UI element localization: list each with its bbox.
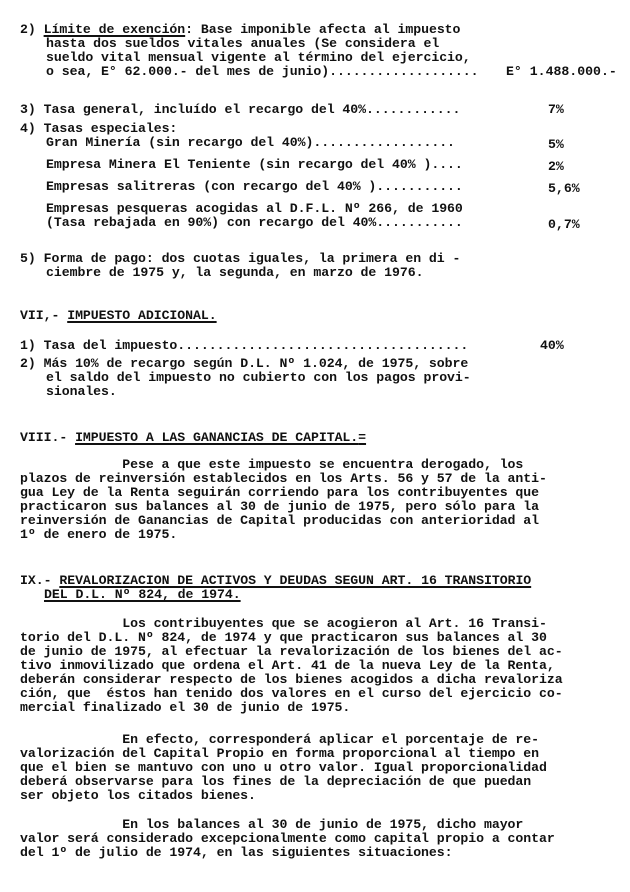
section-ix-p1-line-4: tivo inmovilizado que ordena el Art. 41 … bbox=[20, 659, 555, 673]
item-3: 3) Tasa general, incluído el recargo del… bbox=[20, 103, 460, 117]
item-2-line-4: o sea, E° 62.000.- del mes de junio)....… bbox=[46, 65, 479, 79]
section-ix-p1-line-6: ción, que éstos han tenido dos valores e… bbox=[20, 687, 563, 701]
section-ix-p1-line-3: de junio de 1975, al efectuar la revalor… bbox=[20, 645, 563, 659]
section-ix-heading-line-1: IX.- REVALORIZACION DE ACTIVOS Y DEUDAS … bbox=[20, 574, 531, 588]
item-2-label: Límite de exención bbox=[44, 22, 186, 37]
section-viii-heading: VIII.- IMPUESTO A LAS GANANCIAS DE CAPIT… bbox=[20, 431, 366, 445]
rate-value-el-teniente: 2% bbox=[548, 160, 564, 174]
item-2-value: E° 1.488.000.- bbox=[506, 65, 617, 79]
section-vii-item-1: 1) Tasa del impuesto....................… bbox=[20, 339, 468, 353]
section-vii-heading: VII,- IMPUESTO ADICIONAL. bbox=[20, 309, 217, 323]
rate-row-salitreras: Empresas salitreras (con recargo del 40%… bbox=[46, 180, 463, 194]
section-viii-para-line-2: plazos de reinversión establecidos en lo… bbox=[20, 472, 547, 486]
section-ix-title-1: REVALORIZACION DE ACTIVOS Y DEUDAS SEGUN… bbox=[59, 573, 531, 588]
section-ix-p3-line-2: valor será considerado excepcionalmente … bbox=[20, 832, 555, 846]
section-viii-para-line-3: gua Ley de la Renta seguirán corriendo p… bbox=[20, 486, 539, 500]
section-ix-p1-line-7: mercial finalizado el 30 de junio de 197… bbox=[20, 701, 350, 715]
rate-value-pesqueras: 0,7% bbox=[548, 218, 580, 232]
section-ix-p1-line-1: Los contribuyentes que se acogieron al A… bbox=[20, 617, 547, 631]
section-ix-p3-line-3: del 1º de julio de 1974, en las siguient… bbox=[20, 846, 453, 860]
item-2-line-3: sueldo vital mensual vigente al término … bbox=[46, 51, 471, 65]
section-viii-para-line-1: Pese a que este impuesto se encuentra de… bbox=[20, 458, 523, 472]
section-viii-para-line-6: 1º de enero de 1975. bbox=[20, 528, 177, 542]
item-5-line-1: 5) Forma de pago: dos cuotas iguales, la… bbox=[20, 252, 460, 266]
section-vii-title: IMPUESTO ADICIONAL. bbox=[67, 308, 216, 323]
section-ix-p1-line-5: deberán considerar respecto de los biene… bbox=[20, 673, 563, 687]
section-vii-item-2-line-2: el saldo del impuesto no cubierto con lo… bbox=[46, 371, 471, 385]
section-ix-p1-line-2: torio del D.L. Nº 824, de 1974 y que pra… bbox=[20, 631, 547, 645]
section-vii-item-2-line-3: sionales. bbox=[46, 385, 117, 399]
section-ix-p2-line-2: valorización del Capital Propio en forma… bbox=[20, 747, 539, 761]
section-vii-item-1-value: 40% bbox=[540, 339, 564, 353]
item-2-line-1: 2) Límite de exención: Base imponible af… bbox=[20, 23, 460, 37]
rate-row-pesqueras-2: (Tasa rebajada en 90%) con recargo del 4… bbox=[46, 216, 463, 230]
rate-row-pesqueras-1: Empresas pesqueras acogidas al D.F.L. Nº… bbox=[46, 202, 463, 216]
section-ix-title-2: DEL D.L. Nº 824, de 1974. bbox=[44, 587, 241, 602]
section-vii-item-2-line-1: 2) Más 10% de recargo según D.L. Nº 1.02… bbox=[20, 357, 468, 371]
section-ix-p2-line-3: que el bien se mantuvo con uno u otro va… bbox=[20, 761, 547, 775]
rate-value-salitreras: 5,6% bbox=[548, 182, 580, 196]
rate-row-gran-mineria: Gran Minería (sin recargo del 40%)......… bbox=[46, 136, 455, 150]
section-viii-para-line-5: reinversión de Ganancias de Capital prod… bbox=[20, 514, 539, 528]
rate-value-gran-mineria: 5% bbox=[548, 138, 564, 152]
item-2-line-2: hasta dos sueldos vitales anuales (Se co… bbox=[46, 37, 439, 51]
item-4-heading: 4) Tasas especiales: bbox=[20, 122, 177, 136]
section-ix-p2-line-4: deberá observarse para los fines de la d… bbox=[20, 775, 531, 789]
section-ix-p2-line-1: En efecto, corresponderá aplicar el porc… bbox=[20, 733, 539, 747]
section-ix-heading-line-2: DEL D.L. Nº 824, de 1974. bbox=[44, 588, 241, 602]
document-page: 2) Límite de exención: Base imponible af… bbox=[0, 0, 630, 892]
section-viii-para-line-4: practicaron sus balances al 30 de junio … bbox=[20, 500, 539, 514]
item-3-value: 7% bbox=[548, 103, 564, 117]
item-5-line-2: ciembre de 1975 y, la segunda, en marzo … bbox=[46, 266, 423, 280]
section-viii-title: IMPUESTO A LAS GANANCIAS DE CAPITAL. bbox=[75, 430, 358, 445]
rate-row-el-teniente: Empresa Minera El Teniente (sin recargo … bbox=[46, 158, 463, 172]
section-ix-p2-line-5: ser objeto los citados bienes. bbox=[20, 789, 256, 803]
section-ix-p3-line-1: En los balances al 30 de junio de 1975, … bbox=[20, 818, 523, 832]
